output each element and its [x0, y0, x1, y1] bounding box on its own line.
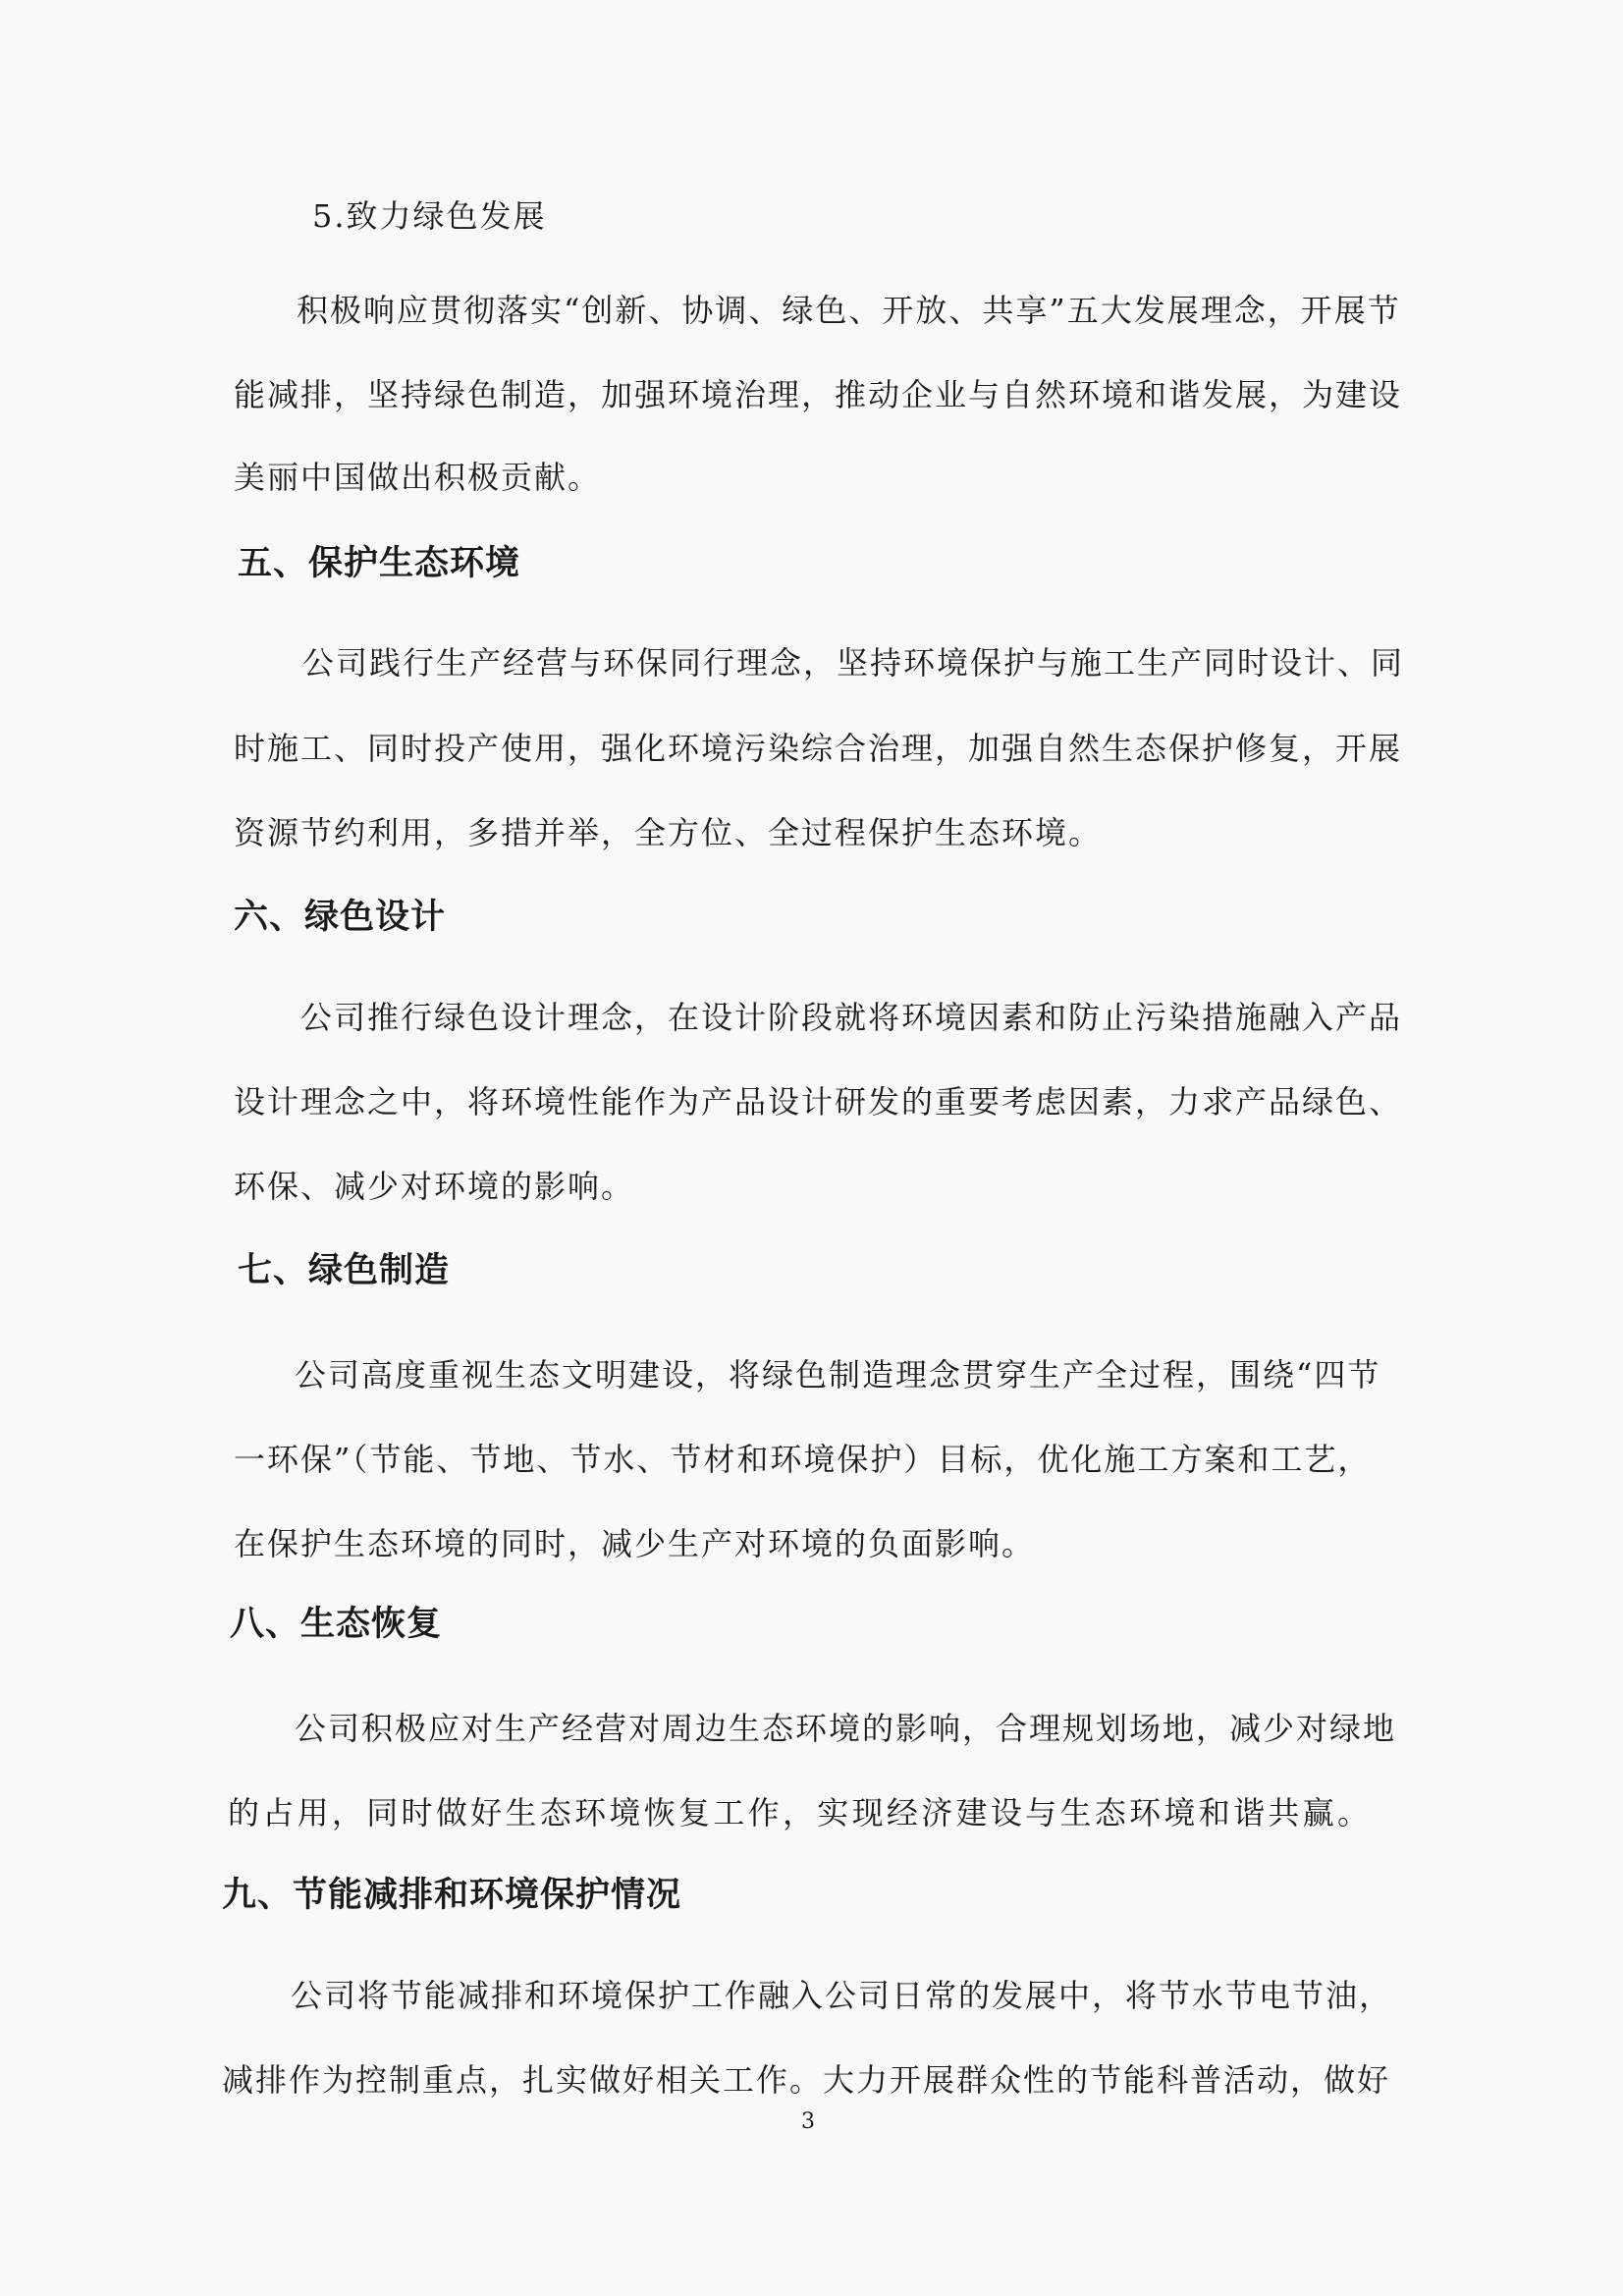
paragraph-line: 的占用，同时做好生态环境恢复工作，实现经济建设与生态环境和谐共赢。 [228, 1793, 1371, 1832]
paragraph-line: 能减排，坚持绿色制造，加强环境治理，推动企业与自然环境和谐发展，为建设 [234, 375, 1375, 414]
paragraph-line: 公司践行生产经营与环保同行理念，坚持环境保护与施工生产同时设计、同 [302, 643, 1375, 683]
subsection-title: 5.致力绿色发展 [312, 196, 547, 236]
paragraph-line: 公司推行绿色设计理念，在设计阶段就将环境因素和防止污染措施融入产品 [300, 998, 1367, 1037]
paragraph-line: 时施工、同时投产使用，强化环境污染综合治理，加强自然生态保护修复，开展 [234, 729, 1375, 768]
section-heading: 八、生态恢复 [230, 1603, 442, 1646]
paragraph-line: 设计理念之中，将环境性能作为产品设计研发的重要考虑因素，力求产品绿色、 [234, 1082, 1369, 1121]
paragraph-line: 在保护生态环境的同时，减少生产对环境的负面影响。 [234, 1524, 1035, 1563]
page-number: 3 [801, 2109, 815, 2134]
section-heading: 五、保护生态环境 [238, 542, 520, 585]
section-heading: 九、节能减排和环境保护情况 [222, 1874, 681, 1917]
paragraph-line: 减排作为控制重点，扎实做好相关工作。大力开展群众性的节能科普活动，做好 [222, 2060, 1369, 2100]
document-page: 5.致力绿色发展 积极响应贯彻落实“创新、协调、绿色、开放、共享”五大发展理念，… [0, 0, 1623, 2296]
paragraph-line: 一环保”（节能、节地、节水、节材和环境保护）目标，优化施工方案和工艺， [234, 1440, 1365, 1479]
paragraph-line: 美丽中国做出积极贡献。 [234, 458, 601, 497]
paragraph-line: 积极响应贯彻落实“创新、协调、绿色、开放、共享”五大发展理念，开展节 [297, 291, 1375, 330]
paragraph-line: 公司积极应对生产经营对周边生态环境的影响，合理规划场地，减少对绿地 [295, 1709, 1369, 1748]
paragraph-line: 公司将节能减排和环境保护工作融入公司日常的发展中，将节水节电节油， [291, 1976, 1367, 2015]
section-heading: 六、绿色设计 [234, 896, 446, 939]
paragraph-line: 环保、减少对环境的影响。 [234, 1167, 634, 1206]
paragraph-line: 资源节约利用，多措并举，全方位、全过程保护生态环境。 [234, 813, 1102, 852]
section-heading: 七、绿色制造 [238, 1249, 450, 1292]
paragraph-line: 公司高度重视生态文明建设，将绿色制造理念贯穿生产全过程，围绕“四节 [295, 1355, 1369, 1394]
